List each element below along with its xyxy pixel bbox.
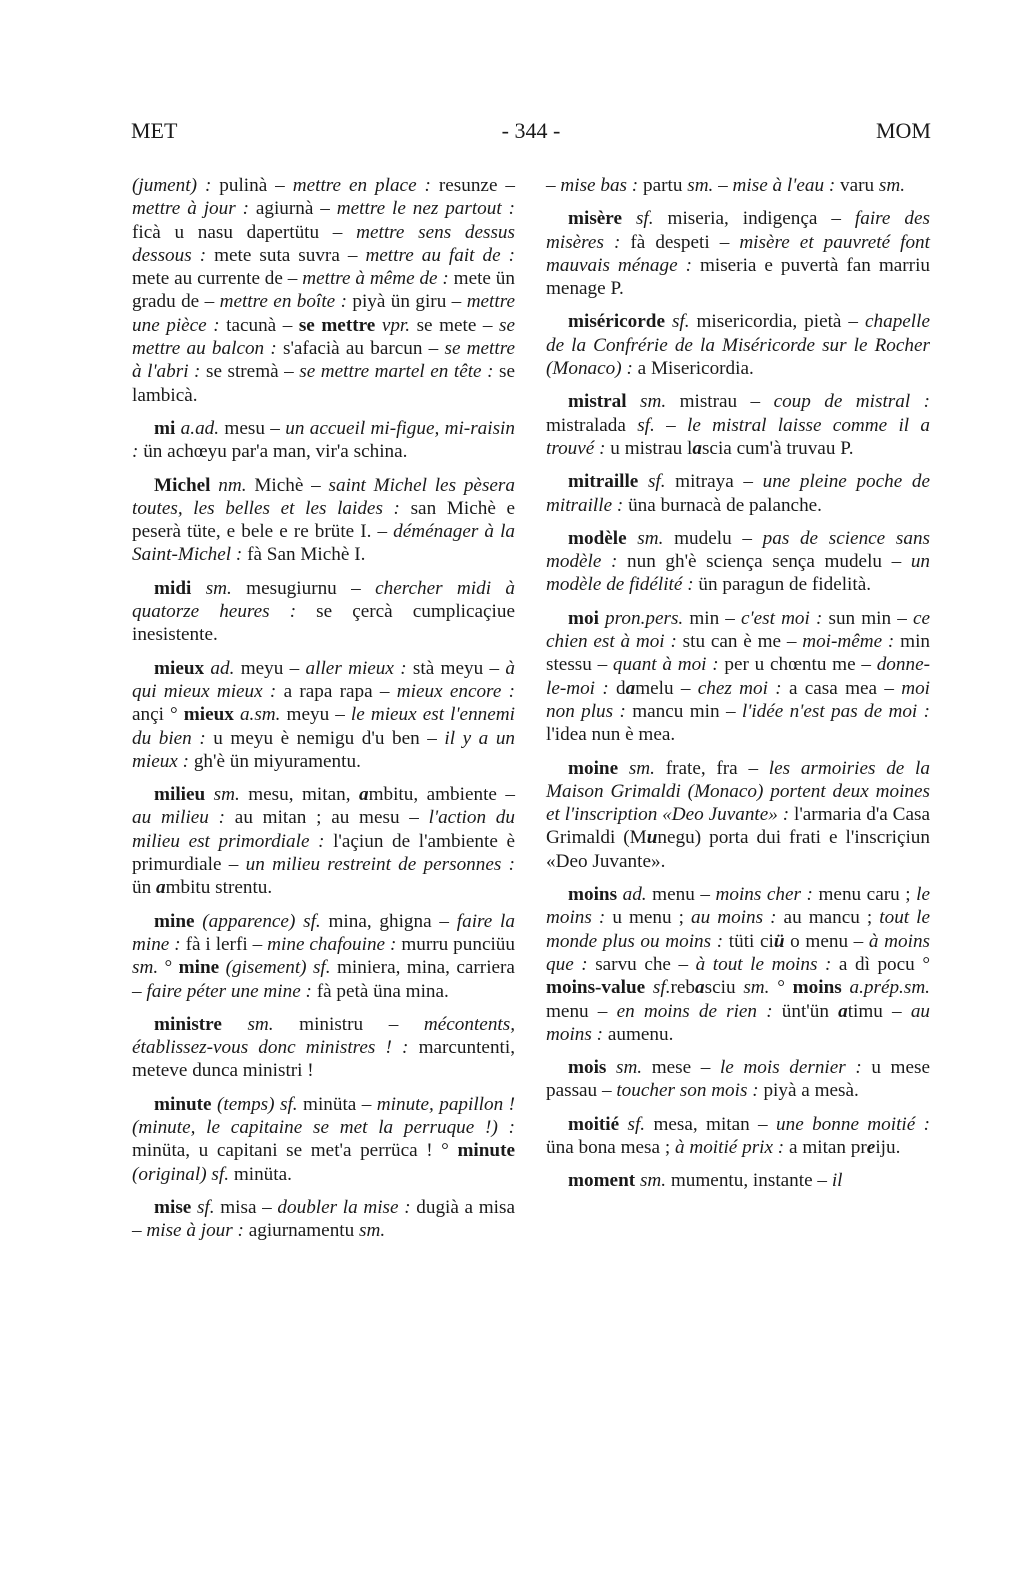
monegasque-text: piyà a mesà. bbox=[763, 1080, 858, 1101]
monegasque-text: melu – bbox=[635, 678, 698, 699]
headword: minute bbox=[154, 1094, 217, 1115]
french-phrase: sm. bbox=[629, 758, 666, 779]
monegasque-text: a Misericordia. bbox=[638, 358, 754, 379]
monegasque-text: misericordia, pietà – bbox=[697, 311, 865, 332]
monegasque-text: partu bbox=[643, 175, 687, 196]
monegasque-text: a dì pocu ° bbox=[839, 954, 930, 975]
monegasque-text: ün achœyu par'a man, vir'a schina. bbox=[143, 441, 407, 462]
dictionary-entry-mi: mi a.ad. mesu – un accueil mi-figue, mi-… bbox=[132, 417, 515, 464]
monegasque-text: reb bbox=[671, 977, 696, 998]
french-phrase: faire péter une mine : bbox=[146, 981, 316, 1002]
french-phrase: (jument) : bbox=[132, 175, 219, 196]
monegasque-text: ministru – bbox=[299, 1014, 424, 1035]
monegasque-text: fà San Michè I. bbox=[247, 544, 365, 565]
monegasque-text: ° bbox=[777, 977, 792, 998]
page-number: - 344 - bbox=[131, 118, 931, 144]
monegasque-text: menu – bbox=[652, 884, 715, 905]
french-phrase: chez moi : bbox=[698, 678, 789, 699]
monegasque-text: fà petà üna mina. bbox=[317, 981, 449, 1002]
monegasque-text: meyu – bbox=[241, 658, 306, 679]
french-phrase: ad. bbox=[623, 884, 653, 905]
monegasque-text: d bbox=[616, 678, 626, 699]
monegasque-text: tacunà – bbox=[226, 315, 299, 336]
monegasque-text: mesa, mitan – bbox=[653, 1114, 776, 1135]
french-phrase: quant à moi : bbox=[613, 654, 724, 675]
french-phrase: se mettre martel en tête : bbox=[299, 361, 499, 382]
monegasque-text: ün paragun de fidelità. bbox=[698, 574, 871, 595]
french-phrase: mettre au fait de : bbox=[365, 245, 515, 266]
headword: se mettre bbox=[299, 315, 382, 336]
french-phrase: (apparence) sf. bbox=[202, 911, 328, 932]
french-phrase: une bonne moitié : bbox=[776, 1114, 930, 1135]
headword: mieux bbox=[184, 704, 240, 725]
french-phrase: sf. bbox=[672, 311, 697, 332]
headword: mi bbox=[154, 418, 181, 439]
monegasque-text: pulinà – bbox=[219, 175, 292, 196]
french-phrase: sf. bbox=[628, 1114, 654, 1135]
french-phrase: sm. bbox=[359, 1220, 385, 1241]
french-phrase: sm. bbox=[132, 957, 165, 978]
french-phrase: sf. bbox=[636, 208, 668, 229]
headword: miséricorde bbox=[568, 311, 672, 332]
french-phrase: (original) sf. bbox=[132, 1164, 234, 1185]
dictionary-entry-misere: misère sf. miseria, indigença – faire de… bbox=[546, 207, 930, 300]
french-phrase: mettre à même de : bbox=[302, 268, 453, 289]
monegasque-text: a bbox=[626, 678, 636, 699]
headword: mitraille bbox=[568, 471, 648, 492]
french-phrase: sm. bbox=[637, 528, 674, 549]
monegasque-text: se stremà – bbox=[206, 361, 299, 382]
french-phrase: sf. bbox=[637, 415, 666, 436]
right-column: – mise bas : partu sm. – mise à l'eau : … bbox=[546, 174, 930, 1203]
monegasque-text: minüta. bbox=[234, 1164, 292, 1185]
headword: moins bbox=[793, 977, 850, 998]
french-phrase: toucher son mois : bbox=[616, 1080, 763, 1101]
french-phrase: sf. bbox=[197, 1197, 220, 1218]
monegasque-text: ° bbox=[165, 957, 179, 978]
dictionary-entry-mois: mois sm. mese – le mois dernier : u mese… bbox=[546, 1056, 930, 1103]
french-phrase: à tout le moins : bbox=[696, 954, 839, 975]
french-phrase: au milieu : bbox=[132, 807, 235, 828]
monegasque-text: Michè – bbox=[254, 475, 328, 496]
dictionary-entry-mitraille: mitraille sf. mitraya – une pleine poche… bbox=[546, 470, 930, 517]
monegasque-text: mesugiurnu – bbox=[246, 578, 375, 599]
french-phrase: sm. bbox=[640, 391, 680, 412]
headword: mine bbox=[154, 911, 202, 932]
monegasque-text: fà despeti – bbox=[630, 232, 739, 253]
dictionary-entry-moi: moi pron.pers. min – c'est moi : sun min… bbox=[546, 607, 930, 747]
monegasque-text: stu can è me – bbox=[683, 631, 803, 652]
dictionary-entry-modele: modèle sm. mudelu – pas de science sans … bbox=[546, 527, 930, 597]
monegasque-text: o menu – bbox=[785, 931, 869, 952]
french-phrase: sf. bbox=[648, 471, 675, 492]
monegasque-text: piyà ün giru – bbox=[352, 291, 466, 312]
monegasque-text: se mete – bbox=[417, 315, 499, 336]
monegasque-text: miseria, indigença – bbox=[668, 208, 855, 229]
french-phrase: mettre en place : bbox=[293, 175, 439, 196]
monegasque-text: a mitan pr bbox=[789, 1137, 867, 1158]
french-phrase: a.prép.sm. bbox=[850, 977, 930, 998]
monegasque-text: menu – bbox=[546, 1001, 617, 1022]
monegasque-text: ün bbox=[132, 877, 156, 898]
monegasque-text: per u chœntu me – bbox=[724, 654, 876, 675]
headword: mieux bbox=[154, 658, 210, 679]
dictionary-entry-moment: moment sm. mumentu, instante – il bbox=[546, 1169, 930, 1192]
monegasque-text: sciu bbox=[705, 977, 744, 998]
monegasque-text: aumenu. bbox=[608, 1024, 674, 1045]
monegasque-text: ançi ° bbox=[132, 704, 184, 725]
monegasque-text: a bbox=[692, 438, 702, 459]
french-phrase: doubler la mise : bbox=[277, 1197, 416, 1218]
monegasque-text: meyu – bbox=[287, 704, 351, 725]
monegasque-text: mistrau – bbox=[680, 391, 774, 412]
french-phrase: sm. bbox=[206, 578, 246, 599]
dictionary-entry-milieu: milieu sm. mesu, mitan, ambitu, ambiente… bbox=[132, 783, 515, 899]
monegasque-text: au mancu ; bbox=[784, 907, 880, 928]
french-phrase: mise à jour : bbox=[146, 1220, 248, 1241]
french-phrase: l'idée n'est pas de moi : bbox=[742, 701, 930, 722]
french-phrase: mettre à jour : bbox=[132, 198, 256, 219]
monegasque-text: mitraya – bbox=[675, 471, 762, 492]
monegasque-text: ünt'ün bbox=[782, 1001, 838, 1022]
headword: minute bbox=[457, 1140, 515, 1161]
french-phrase: moi-même : bbox=[802, 631, 900, 652]
monegasque-text: mete au currente de – bbox=[132, 268, 302, 289]
dictionary-entry-moine: moine sm. frate, fra – les armoiries de … bbox=[546, 757, 930, 873]
monegasque-text: mancu min – bbox=[632, 701, 742, 722]
monegasque-text: – bbox=[718, 175, 732, 196]
monegasque-text: stà meyu – bbox=[413, 658, 505, 679]
french-phrase: (temps) sf. bbox=[217, 1094, 303, 1115]
french-phrase: a.ad. bbox=[181, 418, 225, 439]
french-phrase: sm. bbox=[687, 175, 718, 196]
monegasque-text: u mistrau l bbox=[610, 438, 692, 459]
french-phrase: nm. bbox=[218, 475, 254, 496]
monegasque-text: üna burnacà de palanche. bbox=[628, 495, 822, 516]
headword: milieu bbox=[154, 784, 214, 805]
french-phrase: mine chafouine : bbox=[267, 934, 401, 955]
monegasque-text: a bbox=[359, 784, 369, 805]
monegasque-text: misa – bbox=[220, 1197, 277, 1218]
monegasque-text: a casa mea – bbox=[789, 678, 901, 699]
monegasque-text: minüta, u capitani se met'a perrüca ! ° bbox=[132, 1140, 457, 1161]
french-phrase: a.sm. bbox=[240, 704, 287, 725]
dictionary-entry-minute: minute (temps) sf. minüta – minute, papi… bbox=[132, 1093, 515, 1186]
monegasque-text: menu caru ; bbox=[819, 884, 917, 905]
monegasque-text: agiurnà – bbox=[256, 198, 337, 219]
dictionary-entry-mieux: mieux ad. meyu – aller mieux : stà meyu … bbox=[132, 657, 515, 773]
monegasque-text: min – bbox=[689, 608, 741, 629]
monegasque-text: a bbox=[695, 977, 705, 998]
headword: misère bbox=[568, 208, 636, 229]
french-phrase: sm. bbox=[743, 977, 777, 998]
headword: mois bbox=[568, 1057, 616, 1078]
monegasque-text: a rapa rapa – bbox=[284, 681, 397, 702]
monegasque-text: mina, ghigna – bbox=[328, 911, 456, 932]
french-phrase: à moitié prix : bbox=[675, 1137, 789, 1158]
monegasque-text: varu bbox=[840, 175, 879, 196]
headword: mise bbox=[154, 1197, 197, 1218]
monegasque-text: mbitu, ambiente – bbox=[369, 784, 515, 805]
french-phrase: coup de mistral : bbox=[774, 391, 930, 412]
french-phrase: le mois dernier : bbox=[720, 1057, 871, 1078]
monegasque-text: u bbox=[647, 827, 658, 848]
headword: moment bbox=[568, 1170, 640, 1191]
headword: moine bbox=[568, 758, 629, 779]
right-guide-word: MOM bbox=[876, 118, 931, 144]
monegasque-text: fà i lerfi – bbox=[186, 934, 268, 955]
monegasque-text: – bbox=[546, 175, 560, 196]
monegasque-text: mbitu strentu. bbox=[166, 877, 273, 898]
french-phrase: sm. bbox=[640, 1170, 671, 1191]
french-phrase: sm. bbox=[879, 175, 905, 196]
monegasque-text: a bbox=[838, 1001, 848, 1022]
monegasque-text: scia cum'à truvau P. bbox=[702, 438, 854, 459]
monegasque-text: mete suta suvra – bbox=[214, 245, 365, 266]
monegasque-text: mistralada bbox=[546, 415, 637, 436]
french-phrase: moins cher : bbox=[716, 884, 819, 905]
headword: moins bbox=[568, 884, 623, 905]
french-phrase: mise bas : bbox=[560, 175, 643, 196]
monegasque-text: minüta – bbox=[303, 1094, 377, 1115]
dictionary-entry-moins: moins ad. menu – moins cher : menu caru … bbox=[546, 883, 930, 1046]
monegasque-text: mesu – bbox=[224, 418, 285, 439]
dictionary-entry-mise: mise sf. misa – doubler la mise : dugià … bbox=[132, 1196, 515, 1243]
dictionary-entry-mine: mine (apparence) sf. mina, ghigna – fair… bbox=[132, 910, 515, 1003]
french-phrase: au moins : bbox=[691, 907, 784, 928]
monegasque-text: s'afacià au barcun – bbox=[283, 338, 445, 359]
french-phrase: un milieu restreint de personnes : bbox=[246, 854, 515, 875]
french-phrase: ad. bbox=[210, 658, 240, 679]
french-phrase: c'est moi : bbox=[741, 608, 828, 629]
monegasque-text: nun gh'è sciença sença mudelu – bbox=[627, 551, 911, 572]
dictionary-entry-moitie: moitié sf. mesa, mitan – une bonne moiti… bbox=[546, 1113, 930, 1160]
dictionary-entry-mise-cont: – mise bas : partu sm. – mise à l'eau : … bbox=[546, 174, 930, 197]
french-phrase: en moins de rien : bbox=[617, 1001, 782, 1022]
french-phrase: mettre le nez partout : bbox=[337, 198, 515, 219]
french-phrase: sm. bbox=[247, 1014, 299, 1035]
dictionary-entry-midi: midi sm. mesugiurnu – chercher midi à qu… bbox=[132, 577, 515, 647]
monegasque-text: a bbox=[156, 877, 166, 898]
monegasque-text: agiurnamentu bbox=[249, 1220, 359, 1241]
headword: ministre bbox=[154, 1014, 247, 1035]
french-phrase: sf. bbox=[653, 977, 671, 998]
headword: modèle bbox=[568, 528, 637, 549]
dictionary-entry-ministre: ministre sm. ministru – mécontents, étab… bbox=[132, 1013, 515, 1083]
french-phrase: mise à l'eau : bbox=[733, 175, 840, 196]
left-column: (jument) : pulinà – mettre en place : re… bbox=[132, 174, 515, 1252]
monegasque-text: murru punciüu bbox=[401, 934, 515, 955]
monegasque-text: – bbox=[666, 415, 687, 436]
monegasque-text: sarvu che – bbox=[595, 954, 695, 975]
monegasque-text: u meyu è nemigu d'u ben – bbox=[213, 728, 444, 749]
monegasque-text: u menu ; bbox=[612, 907, 691, 928]
monegasque-text: ü bbox=[774, 931, 785, 952]
dictionary-entry-misericorde: miséricorde sf. misericordia, pietà – ch… bbox=[546, 310, 930, 380]
monegasque-text: timu – bbox=[848, 1001, 911, 1022]
dictionary-entry-mettre-cont: (jument) : pulinà – mettre en place : re… bbox=[132, 174, 515, 407]
headword: mistral bbox=[568, 391, 640, 412]
french-phrase: sm. bbox=[214, 784, 249, 805]
monegasque-text: mudelu – bbox=[674, 528, 763, 549]
monegasque-text: mesu, mitan, bbox=[248, 784, 359, 805]
monegasque-text: iju. bbox=[875, 1137, 900, 1158]
dictionary-entry-michel: Michel nm. Michè – saint Michel les pèse… bbox=[132, 474, 515, 567]
monegasque-text: frate, fra – bbox=[666, 758, 769, 779]
french-phrase: aller mieux : bbox=[306, 658, 413, 679]
headword: mine bbox=[179, 957, 226, 978]
headword: moi bbox=[568, 608, 605, 629]
headword: moitié bbox=[568, 1114, 628, 1135]
monegasque-text: mumentu, instante – bbox=[671, 1170, 832, 1191]
monegasque-text: l'idea nun è mea. bbox=[546, 724, 675, 745]
french-phrase: il bbox=[832, 1170, 843, 1191]
french-phrase: mettre en boîte : bbox=[220, 291, 353, 312]
headword: moins-value bbox=[546, 977, 653, 998]
dictionary-entry-mistral: mistral sm. mistrau – coup de mistral : … bbox=[546, 390, 930, 460]
french-phrase: pron.pers. bbox=[605, 608, 689, 629]
monegasque-text: au mitan ; au mesu – bbox=[235, 807, 429, 828]
monegasque-text: tüti ci bbox=[729, 931, 774, 952]
french-phrase: vpr. bbox=[382, 315, 417, 336]
headword: Michel bbox=[154, 475, 218, 496]
page-header: MET - 344 - MOM bbox=[131, 118, 931, 148]
monegasque-text: üna bona mesa ; bbox=[546, 1137, 675, 1158]
headword: midi bbox=[154, 578, 206, 599]
monegasque-text: resunze – bbox=[439, 175, 515, 196]
monegasque-text: mese – bbox=[652, 1057, 720, 1078]
monegasque-text: gh'è ün miyuramentu. bbox=[194, 751, 361, 772]
french-phrase: mieux encore : bbox=[397, 681, 515, 702]
monegasque-text: sun min – bbox=[828, 608, 912, 629]
monegasque-text: ficà u nasu dapertütu – bbox=[132, 222, 356, 243]
french-phrase: sm. bbox=[616, 1057, 652, 1078]
french-phrase: (gisement) sf. bbox=[226, 957, 337, 978]
